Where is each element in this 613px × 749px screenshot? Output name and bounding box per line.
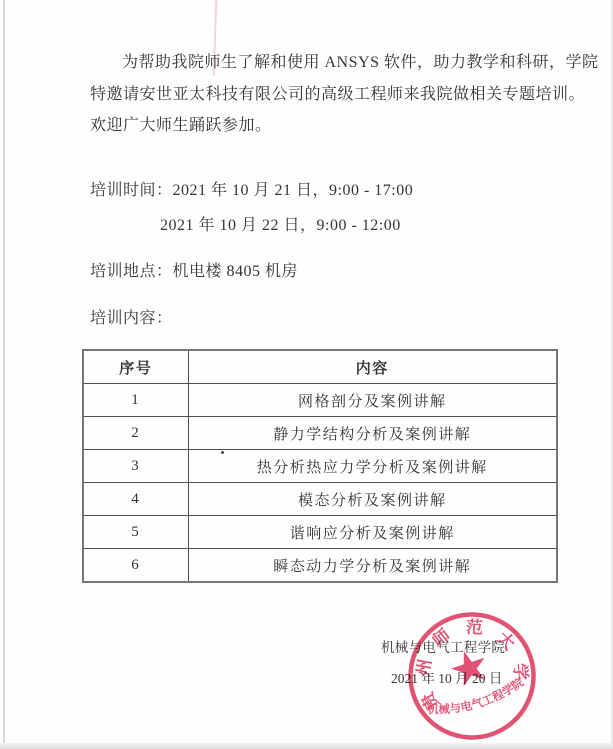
training-content-label: 培训内容：	[90, 305, 173, 328]
cell-number: 5	[83, 516, 188, 549]
page-left-edge	[3, 0, 5, 749]
intro-paragraph: 为帮助我院师生了解和使用 ANSYS 软件，助力教学和科研，学院 特邀请安世亚太…	[90, 47, 598, 142]
cell-number: 4	[83, 483, 188, 516]
cell-content: 模态分析及案例讲解	[188, 483, 557, 516]
header-cell-content: 内容	[188, 350, 557, 384]
cell-content: 网格剖分及案例讲解	[188, 384, 557, 417]
table-row: 3 热分析热应力学分析及案例讲解	[83, 450, 557, 483]
training-time-line: 培训时间：2021 年 10 月 21 日，9:00 - 17:00	[90, 177, 413, 200]
table-row: 1 网格剖分及案例讲解	[83, 384, 557, 417]
scanned-notice-page: 为帮助我院师生了解和使用 ANSYS 软件，助力教学和科研，学院 特邀请安世亚太…	[0, 0, 613, 749]
table-row: 2 静力学结构分析及案例讲解	[83, 417, 557, 450]
stamp-arc-char: 州	[413, 658, 435, 678]
training-time-value-2: 2021 年 10 月 22 日，9:00 - 12:00	[160, 212, 401, 235]
training-content-table: 序号 内容 1 网格剖分及案例讲解 2 静力学结构分析及案例讲解 3 热分析热应…	[82, 349, 558, 583]
table-row: 5 谐响应分析及案例讲解	[83, 516, 557, 549]
cell-content: 静力学结构分析及案例讲解	[188, 417, 557, 450]
stamp-arc-char: 学	[510, 662, 531, 681]
training-time-value-1: 2021 年 10 月 21 日，9:00 - 17:00	[173, 182, 414, 199]
cell-number: 1	[83, 384, 188, 417]
cell-content: 热分析热应力学分析及案例讲解	[188, 450, 557, 483]
table-row: 4 模态分析及案例讲解	[83, 483, 557, 516]
training-location-line: 培训地点：机电楼 8405 机房	[90, 258, 298, 281]
official-seal-stamp: ★ 贵 州 师 范 大 学 机械与电气工程学院	[402, 606, 542, 746]
header-cell-number: 序号	[83, 350, 188, 384]
stamp-arc-char: 范	[466, 618, 484, 638]
intro-line-3: 欢迎广大师生踊跃参加。	[90, 110, 598, 142]
cell-number: 3	[83, 450, 188, 483]
cell-number: 6	[83, 549, 188, 583]
table-header-row: 序号 内容	[83, 350, 557, 384]
star-icon: ★	[442, 637, 497, 698]
cell-number: 2	[83, 417, 188, 450]
training-time-label: 培训时间：	[90, 182, 173, 199]
cell-content: 谐响应分析及案例讲解	[188, 516, 557, 549]
training-location-value: 机电楼 8405 机房	[173, 263, 299, 280]
cell-content: 瞬态动力学分析及案例讲解	[188, 549, 557, 583]
intro-line-1: 为帮助我院师生了解和使用 ANSYS 软件，助力教学和科研，学院	[90, 47, 598, 79]
intro-line-2: 特邀请安世亚太科技有限公司的高级工程师来我院做相关专题培训。	[90, 79, 598, 111]
table-row: 6 瞬态动力学分析及案例讲解	[83, 549, 557, 583]
training-location-label: 培训地点：	[90, 263, 173, 280]
